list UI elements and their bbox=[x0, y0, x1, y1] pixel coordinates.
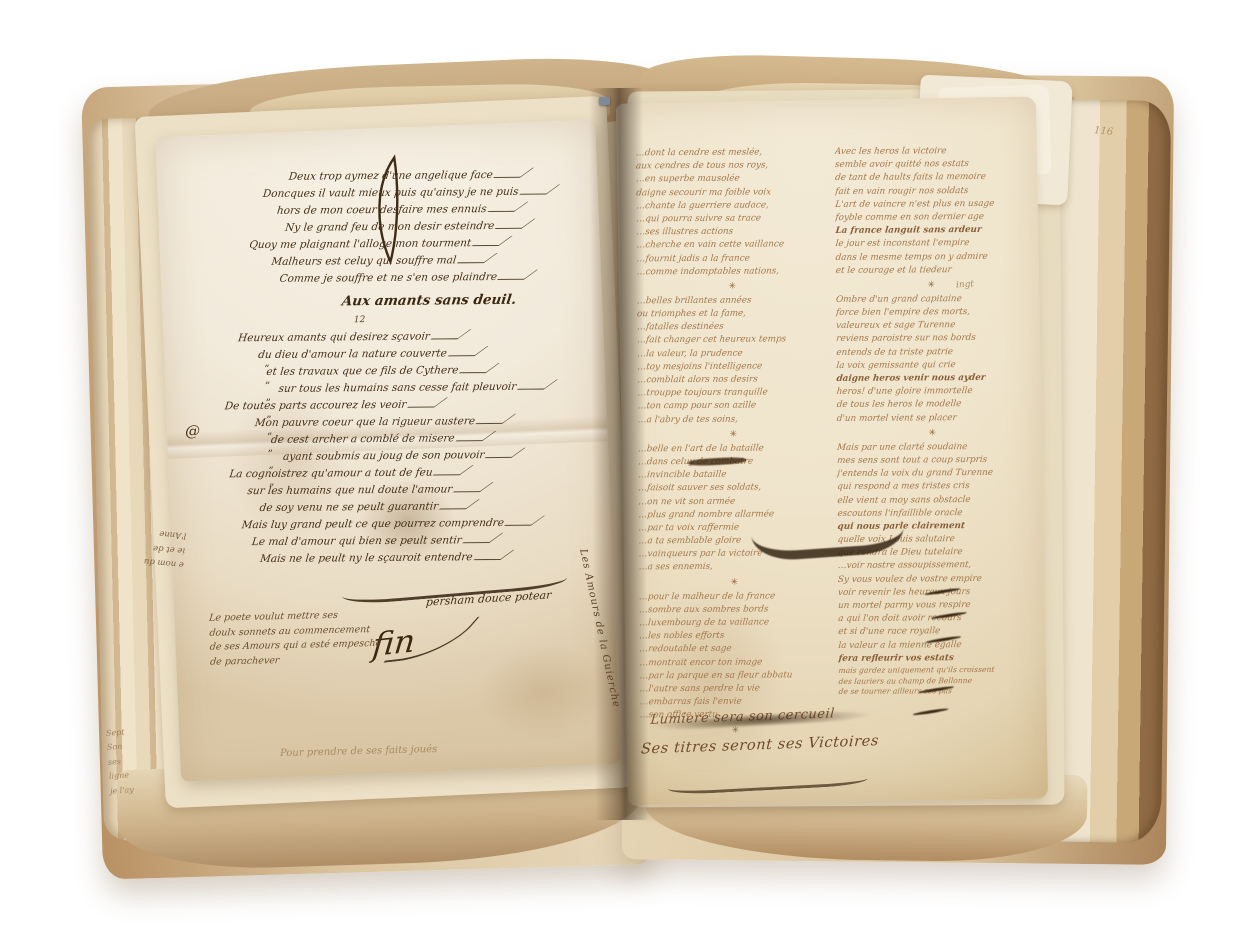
right-page-columns: …dont la cendre est meslée,aux cendres d… bbox=[636, 145, 1030, 739]
manuscript-line: Mais par une clarté soudaine bbox=[836, 440, 1028, 455]
left-page-text: Deux trop aymez d'une angelique faceDonc… bbox=[193, 166, 582, 569]
right-page: …dont la cendre est meslée,aux cendres d… bbox=[616, 96, 1048, 805]
sonnet-number: 12 bbox=[354, 311, 580, 328]
fore-edge-page-number: 116 bbox=[1093, 125, 1113, 138]
manuscript-line: L'art de vaincre n'est plus en usage bbox=[835, 197, 1027, 212]
under-page-text-fragment: ingt bbox=[956, 279, 975, 290]
manuscript-line: fera refleurir vos estats bbox=[838, 651, 1030, 666]
flower-doodle-icon: ✳ bbox=[637, 281, 828, 292]
manuscript-line: …chante la guerriere audace, bbox=[636, 199, 828, 214]
manuscript-line: …belle en l'art de la bataille bbox=[637, 442, 829, 457]
sonnet-stanza-1: Deux trop aymez d'une angelique faceDonc… bbox=[193, 166, 580, 288]
manuscript-line: de tant de haults faits la memoire bbox=[834, 171, 1026, 186]
manuscript-line: mais gardez uniquement qu'ils croissent bbox=[838, 665, 1030, 677]
manuscript-line: …la valeur, la prudence bbox=[637, 347, 829, 362]
fragment-line: ligne bbox=[109, 768, 134, 784]
manuscript-line: Mais ne le peult ny le sçauroit entendre bbox=[259, 549, 583, 569]
manuscript-line: …faisoit sauver ses soldats, bbox=[638, 481, 830, 496]
manuscript-line: …comme indomptables nations, bbox=[636, 265, 828, 280]
manuscript-line: reviens paroistre sur nos bords bbox=[835, 332, 1027, 347]
corner-text-fragments: SeptSonsesligneje l'ay bbox=[106, 725, 135, 798]
ode-block: …dont la cendre est meslée,aux cendres d… bbox=[636, 146, 828, 279]
manuscript-line: …voir nostre assoupissement, bbox=[837, 559, 1029, 574]
right-page-column-1: …dont la cendre est meslée,aux cendres d… bbox=[636, 146, 831, 739]
water-stain bbox=[476, 639, 610, 744]
ode-block: …pour le malheur de la france…sombre aux… bbox=[639, 590, 831, 723]
manuscript-line: daigne secourir ma foible voix bbox=[635, 186, 827, 201]
manuscript-photo: „„„„„„„„ Deux trop aymez d'une angelique… bbox=[0, 0, 1248, 935]
ode-block: …belles brillantes annéesou triomphes et… bbox=[637, 294, 829, 427]
flower-doodle-icon: ✳ bbox=[837, 427, 1028, 438]
fragment-line: je l'ay bbox=[110, 783, 135, 799]
manuscript-line: …pour le malheur de la france bbox=[638, 590, 830, 605]
manuscript-line: la voix gemissante qui crie bbox=[836, 358, 1028, 373]
manuscript-line: …toy mesjoins l'intelligence bbox=[637, 360, 829, 375]
pen-swash-underline bbox=[668, 772, 868, 795]
manuscript-line: et si d'une race royalle bbox=[838, 625, 1030, 640]
manuscript-line: …fait changer cet heureux temps bbox=[636, 333, 828, 348]
margin-note-line: de parachever bbox=[209, 652, 390, 671]
sonnet-heading: Aux amants sans deuil. bbox=[340, 289, 581, 313]
manuscript-line: Comme je souffre et ne s'en ose plaindre bbox=[279, 268, 581, 288]
manuscript-line: qui respond a mes tristes cris bbox=[837, 480, 1029, 495]
spine-upside-down-fragments: e nom duie et del'Anne bbox=[143, 525, 187, 572]
manuscript-line: entends de ta triste patrie bbox=[836, 345, 1028, 360]
manuscript-line: …redoutable et sage bbox=[639, 642, 831, 657]
manuscript-line: …on ne vit son armée bbox=[638, 495, 830, 510]
manuscript-line: …a ses ennemis, bbox=[638, 560, 830, 575]
manuscript-line: …par la parque en sa fleur abbatu bbox=[639, 669, 831, 684]
spiral-doodle: @ bbox=[185, 422, 201, 441]
right-page-column-2: Avec les heros la victoiresemble avoir q… bbox=[835, 145, 1030, 738]
sonnet-stanza-2: Heureux amants qui desirez sçavoirdu die… bbox=[194, 328, 581, 416]
manuscript-line: fait en vain rougir nos soldats bbox=[834, 184, 1026, 199]
scribe-margin-note: Le poete voulut mettre sesdoulx sonnets … bbox=[209, 608, 390, 671]
manuscript-line: …a l'abry de tes soins, bbox=[637, 413, 829, 428]
flower-doodle-icon: ✳ bbox=[836, 280, 1027, 291]
manuscript-line: Sy vous voulez de vostre empire bbox=[837, 572, 1029, 587]
flower-doodle-icon: ✳ bbox=[638, 429, 829, 440]
left-page: „„„„„„„„ Deux trop aymez d'une angelique… bbox=[155, 119, 621, 781]
manuscript-line: dans le mesme temps on y admire bbox=[835, 250, 1027, 265]
manuscript-line: …fournit jadis a la france bbox=[636, 252, 828, 267]
manuscript-line: et le courage et la tiedeur bbox=[835, 263, 1027, 278]
manuscript-line: …sombre aux sombres bords bbox=[638, 603, 830, 618]
manuscript-line: le jour est inconstant l'empire bbox=[835, 237, 1027, 252]
ode-block: Ombre d'un grand capitaineforce bien l'e… bbox=[836, 293, 1028, 426]
manuscript-line: …montrait encor ton image bbox=[639, 656, 831, 671]
manuscript-line: …cherche en vain cette vaillance bbox=[636, 238, 828, 253]
manuscript-line: elle vient a moy sans obstacle bbox=[837, 493, 1029, 508]
sonnet-stanza-3: Mon pauvre coeur que la rigueur austered… bbox=[195, 413, 581, 467]
binding-thread-detail bbox=[599, 97, 610, 105]
binding-gutter-shadow bbox=[589, 88, 649, 820]
ode-block: Avec les heros la victoiresemble avoir q… bbox=[835, 145, 1027, 278]
manuscript-line: d'un mortel vient se placer bbox=[836, 411, 1028, 426]
sonnet-stanza-4: La cognoistrez qu'amour a tout de feusur… bbox=[195, 464, 582, 569]
manuscript-line: de tous les heros le modelle bbox=[836, 398, 1028, 413]
flower-doodle-icon: ✳ bbox=[639, 577, 830, 588]
manuscript-line: …ton camp pour son azille bbox=[637, 399, 829, 414]
manuscript-line: …en superbe mausolée bbox=[635, 172, 827, 187]
